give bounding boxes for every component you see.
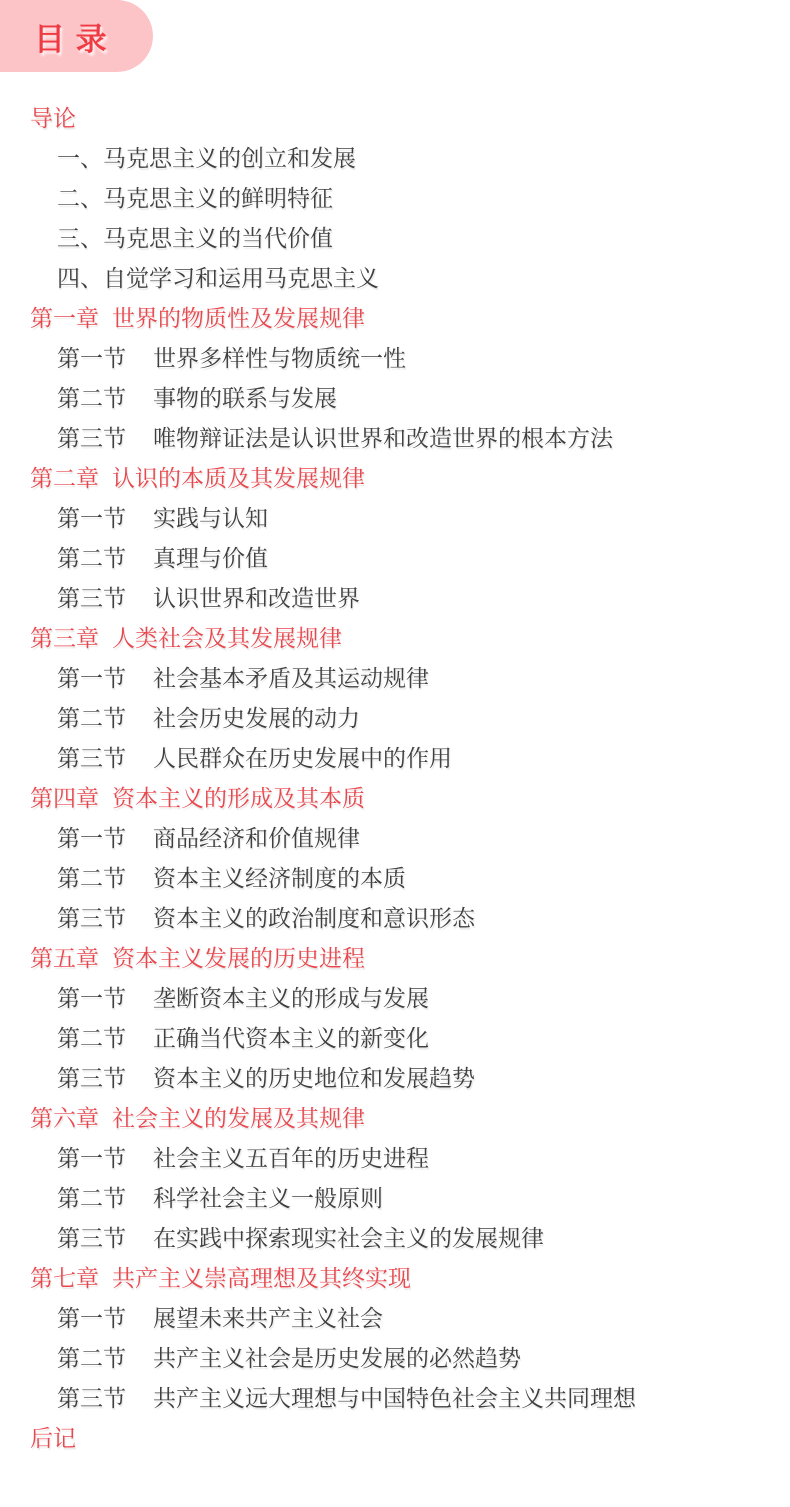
row-label: 第一节 xyxy=(57,985,126,1011)
toc-section-item[interactable]: 第一节垄断资本主义的形成与发展 xyxy=(0,978,790,1018)
toc-chapter-heading[interactable]: 第六章社会主义的发展及其规律 xyxy=(0,1098,790,1138)
row-title: 唯物辩证法是认识世界和改造世界的根本方法 xyxy=(153,425,613,451)
row-label: 第三节 xyxy=(57,585,126,611)
row-title: 认识的本质及其发展规律 xyxy=(112,465,365,491)
row-label: 第一节 xyxy=(57,825,126,851)
row-title: 社会主义五百年的历史进程 xyxy=(153,1145,429,1171)
toc-section-item[interactable]: 第三节人民群众在历史发展中的作用 xyxy=(0,738,790,778)
toc-heading[interactable]: 后记 xyxy=(0,1418,790,1458)
row-label: 第七章 xyxy=(30,1265,99,1291)
row-label: 第三节 xyxy=(57,905,126,931)
row-title: 资本主义发展的历史进程 xyxy=(112,945,365,971)
row-label: 第一节 xyxy=(57,345,126,371)
row-label: 第五章 xyxy=(30,945,99,971)
toc-heading[interactable]: 导论 xyxy=(0,98,790,138)
row-title: 垄断资本主义的形成与发展 xyxy=(153,985,429,1011)
toc-section-item[interactable]: 第一节实践与认知 xyxy=(0,498,790,538)
toc-section-item[interactable]: 第一节商品经济和价值规律 xyxy=(0,818,790,858)
row-label: 第二节 xyxy=(57,1185,126,1211)
row-title: 资本主义的历史地位和发展趋势 xyxy=(153,1065,475,1091)
row-title: 社会基本矛盾及其运动规律 xyxy=(153,665,429,691)
row-title: 共产主义崇高理想及其终实现 xyxy=(112,1265,411,1291)
toc-section-item[interactable]: 第二节社会历史发展的动力 xyxy=(0,698,790,738)
row-title: 实践与认知 xyxy=(153,505,268,531)
toc-chapter-heading[interactable]: 第七章共产主义崇高理想及其终实现 xyxy=(0,1258,790,1298)
row-label: 第三节 xyxy=(57,1225,126,1251)
toc-section-item[interactable]: 第三节资本主义的历史地位和发展趋势 xyxy=(0,1058,790,1098)
row-label: 第一节 xyxy=(57,1305,126,1331)
row-label: 第二节 xyxy=(57,1345,126,1371)
toc-intro-item[interactable]: 二、马克思主义的鲜明特征 xyxy=(0,178,790,218)
row-label: 第二节 xyxy=(57,865,126,891)
toc-section-item[interactable]: 第一节世界多样性与物质统一性 xyxy=(0,338,790,378)
toc-list: 导论一、马克思主义的创立和发展二、马克思主义的鲜明特征三、马克思主义的当代价值四… xyxy=(0,98,790,1458)
toc-section-item[interactable]: 第二节共产主义社会是历史发展的必然趋势 xyxy=(0,1338,790,1378)
row-title: 商品经济和价值规律 xyxy=(153,825,360,851)
row-label: 第二节 xyxy=(57,385,126,411)
row-label: 第二章 xyxy=(30,465,99,491)
row-title: 共产主义远大理想与中国特色社会主义共同理想 xyxy=(153,1385,636,1411)
toc-header-badge: 目 录 xyxy=(0,0,153,72)
row-label: 第六章 xyxy=(30,1105,99,1131)
toc-section-item[interactable]: 第二节事物的联系与发展 xyxy=(0,378,790,418)
toc-section-item[interactable]: 第一节社会基本矛盾及其运动规律 xyxy=(0,658,790,698)
row-title: 世界的物质性及发展规律 xyxy=(112,305,365,331)
toc-section-item[interactable]: 第三节共产主义远大理想与中国特色社会主义共同理想 xyxy=(0,1378,790,1418)
row-title: 资本主义的形成及其本质 xyxy=(112,785,365,811)
row-title: 共产主义社会是历史发展的必然趋势 xyxy=(153,1345,521,1371)
toc-section-item[interactable]: 第三节唯物辩证法是认识世界和改造世界的根本方法 xyxy=(0,418,790,458)
row-label: 第三节 xyxy=(57,1065,126,1091)
row-label: 第一节 xyxy=(57,665,126,691)
row-label: 第三节 xyxy=(57,425,126,451)
row-title: 展望未来共产主义社会 xyxy=(153,1305,383,1331)
row-title: 资本主义的政治制度和意识形态 xyxy=(153,905,475,931)
row-label: 第二节 xyxy=(57,1025,126,1051)
toc-chapter-heading[interactable]: 第四章资本主义的形成及其本质 xyxy=(0,778,790,818)
row-title: 人类社会及其发展规律 xyxy=(112,625,342,651)
row-label: 第四章 xyxy=(30,785,99,811)
toc-chapter-heading[interactable]: 第二章认识的本质及其发展规律 xyxy=(0,458,790,498)
toc-chapter-heading[interactable]: 第一章世界的物质性及发展规律 xyxy=(0,298,790,338)
toc-section-item[interactable]: 第三节认识世界和改造世界 xyxy=(0,578,790,618)
row-title: 认识世界和改造世界 xyxy=(153,585,360,611)
row-label: 第三节 xyxy=(57,1385,126,1411)
toc-section-item[interactable]: 第二节科学社会主义一般原则 xyxy=(0,1178,790,1218)
toc-section-item[interactable]: 第二节真理与价值 xyxy=(0,538,790,578)
toc-section-item[interactable]: 第三节资本主义的政治制度和意识形态 xyxy=(0,898,790,938)
row-label: 第三节 xyxy=(57,745,126,771)
toc-chapter-heading[interactable]: 第五章资本主义发展的历史进程 xyxy=(0,938,790,978)
toc-section-item[interactable]: 第三节在实践中探索现实社会主义的发展规律 xyxy=(0,1218,790,1258)
row-title: 事物的联系与发展 xyxy=(153,385,337,411)
row-label: 第二节 xyxy=(57,545,126,571)
toc-chapter-heading[interactable]: 第三章人类社会及其发展规律 xyxy=(0,618,790,658)
toc-section-item[interactable]: 第二节资本主义经济制度的本质 xyxy=(0,858,790,898)
row-title: 正确当代资本主义的新变化 xyxy=(153,1025,429,1051)
page-title: 目 录 xyxy=(34,14,108,59)
row-label: 第一章 xyxy=(30,305,99,331)
toc-intro-item[interactable]: 一、马克思主义的创立和发展 xyxy=(0,138,790,178)
toc-section-item[interactable]: 第一节展望未来共产主义社会 xyxy=(0,1298,790,1338)
toc-intro-item[interactable]: 四、自觉学习和运用马克思主义 xyxy=(0,258,790,298)
row-label: 第一节 xyxy=(57,1145,126,1171)
row-title: 社会历史发展的动力 xyxy=(153,705,360,731)
toc-section-item[interactable]: 第二节正确当代资本主义的新变化 xyxy=(0,1018,790,1058)
row-label: 第一节 xyxy=(57,505,126,531)
row-title: 人民群众在历史发展中的作用 xyxy=(153,745,452,771)
row-label: 第三章 xyxy=(30,625,99,651)
row-title: 在实践中探索现实社会主义的发展规律 xyxy=(153,1225,544,1251)
toc-section-item[interactable]: 第一节社会主义五百年的历史进程 xyxy=(0,1138,790,1178)
row-label: 第二节 xyxy=(57,705,126,731)
row-title: 世界多样性与物质统一性 xyxy=(153,345,406,371)
row-title: 社会主义的发展及其规律 xyxy=(112,1105,365,1131)
row-title: 真理与价值 xyxy=(153,545,268,571)
row-title: 资本主义经济制度的本质 xyxy=(153,865,406,891)
toc-intro-item[interactable]: 三、马克思主义的当代价值 xyxy=(0,218,790,258)
row-title: 科学社会主义一般原则 xyxy=(153,1185,383,1211)
